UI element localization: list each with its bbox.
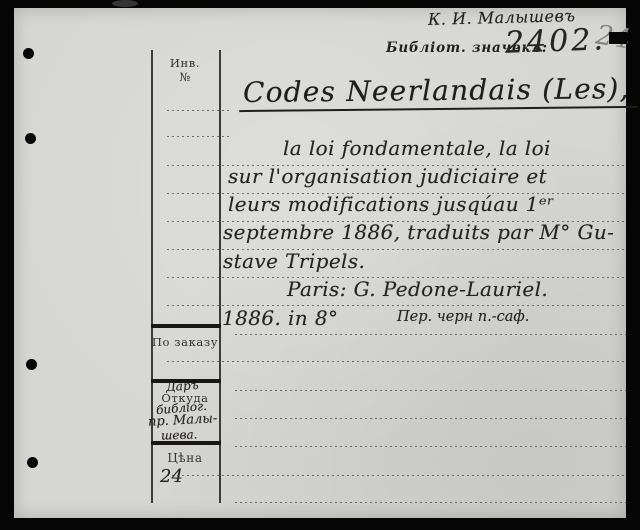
binding-note-handwriting: Пер. черн п.-саф.: [397, 309, 529, 325]
card-title-handwriting: Codes Neerlandais (Les),: [239, 72, 638, 112]
origin-gift-handwriting: Даръ: [166, 378, 199, 394]
ruled-line: [167, 475, 626, 476]
punch-hole: [27, 457, 38, 468]
scan-frame: Инв. № По заказу Откуда Цѣна Даръ библіо…: [0, 0, 640, 530]
inventory-number-label: Инв. №: [151, 56, 219, 84]
body-line: Paris: G. Pedone-Lauriel.: [287, 277, 548, 301]
ruled-line: [235, 502, 626, 503]
order-label: По заказу: [151, 335, 219, 349]
body-line: la loi fondamentale, la loi: [283, 136, 551, 160]
ruled-line: [235, 390, 626, 391]
punch-hole: [23, 48, 34, 59]
ruled-line: [235, 418, 626, 419]
origin-note-handwriting: шева.: [161, 427, 198, 442]
body-line: leurs modifications jusqúau 1ᵉʳ: [228, 192, 554, 216]
body-line: sur l'organisation judiciaire et: [228, 164, 547, 188]
body-line: septembre 1886, traduits par M° Gu-: [223, 220, 614, 244]
column-divider-bar: [151, 324, 221, 328]
ruled-line: [167, 110, 231, 111]
price-value-handwriting: 24: [160, 466, 183, 487]
ruled-line: [167, 136, 231, 137]
price-label: Цѣна: [151, 451, 219, 465]
inv-label-line1: Инв.: [170, 56, 200, 70]
shelf-number-handwriting: 2402.: [504, 22, 606, 60]
inv-label-line2: №: [179, 70, 190, 84]
ruled-line: [235, 446, 626, 447]
body-line: 1886. in 8°: [222, 306, 338, 330]
ruled-line: [167, 361, 626, 362]
punch-hole: [26, 359, 37, 370]
scan-smudge: [112, 0, 138, 7]
ruled-line: [235, 334, 626, 335]
column-left-rule: [151, 50, 153, 503]
body-line: stave Tripels.: [223, 249, 365, 273]
column-right-rule: [219, 50, 221, 503]
punch-hole: [25, 133, 36, 144]
punch-hole: [609, 32, 627, 44]
